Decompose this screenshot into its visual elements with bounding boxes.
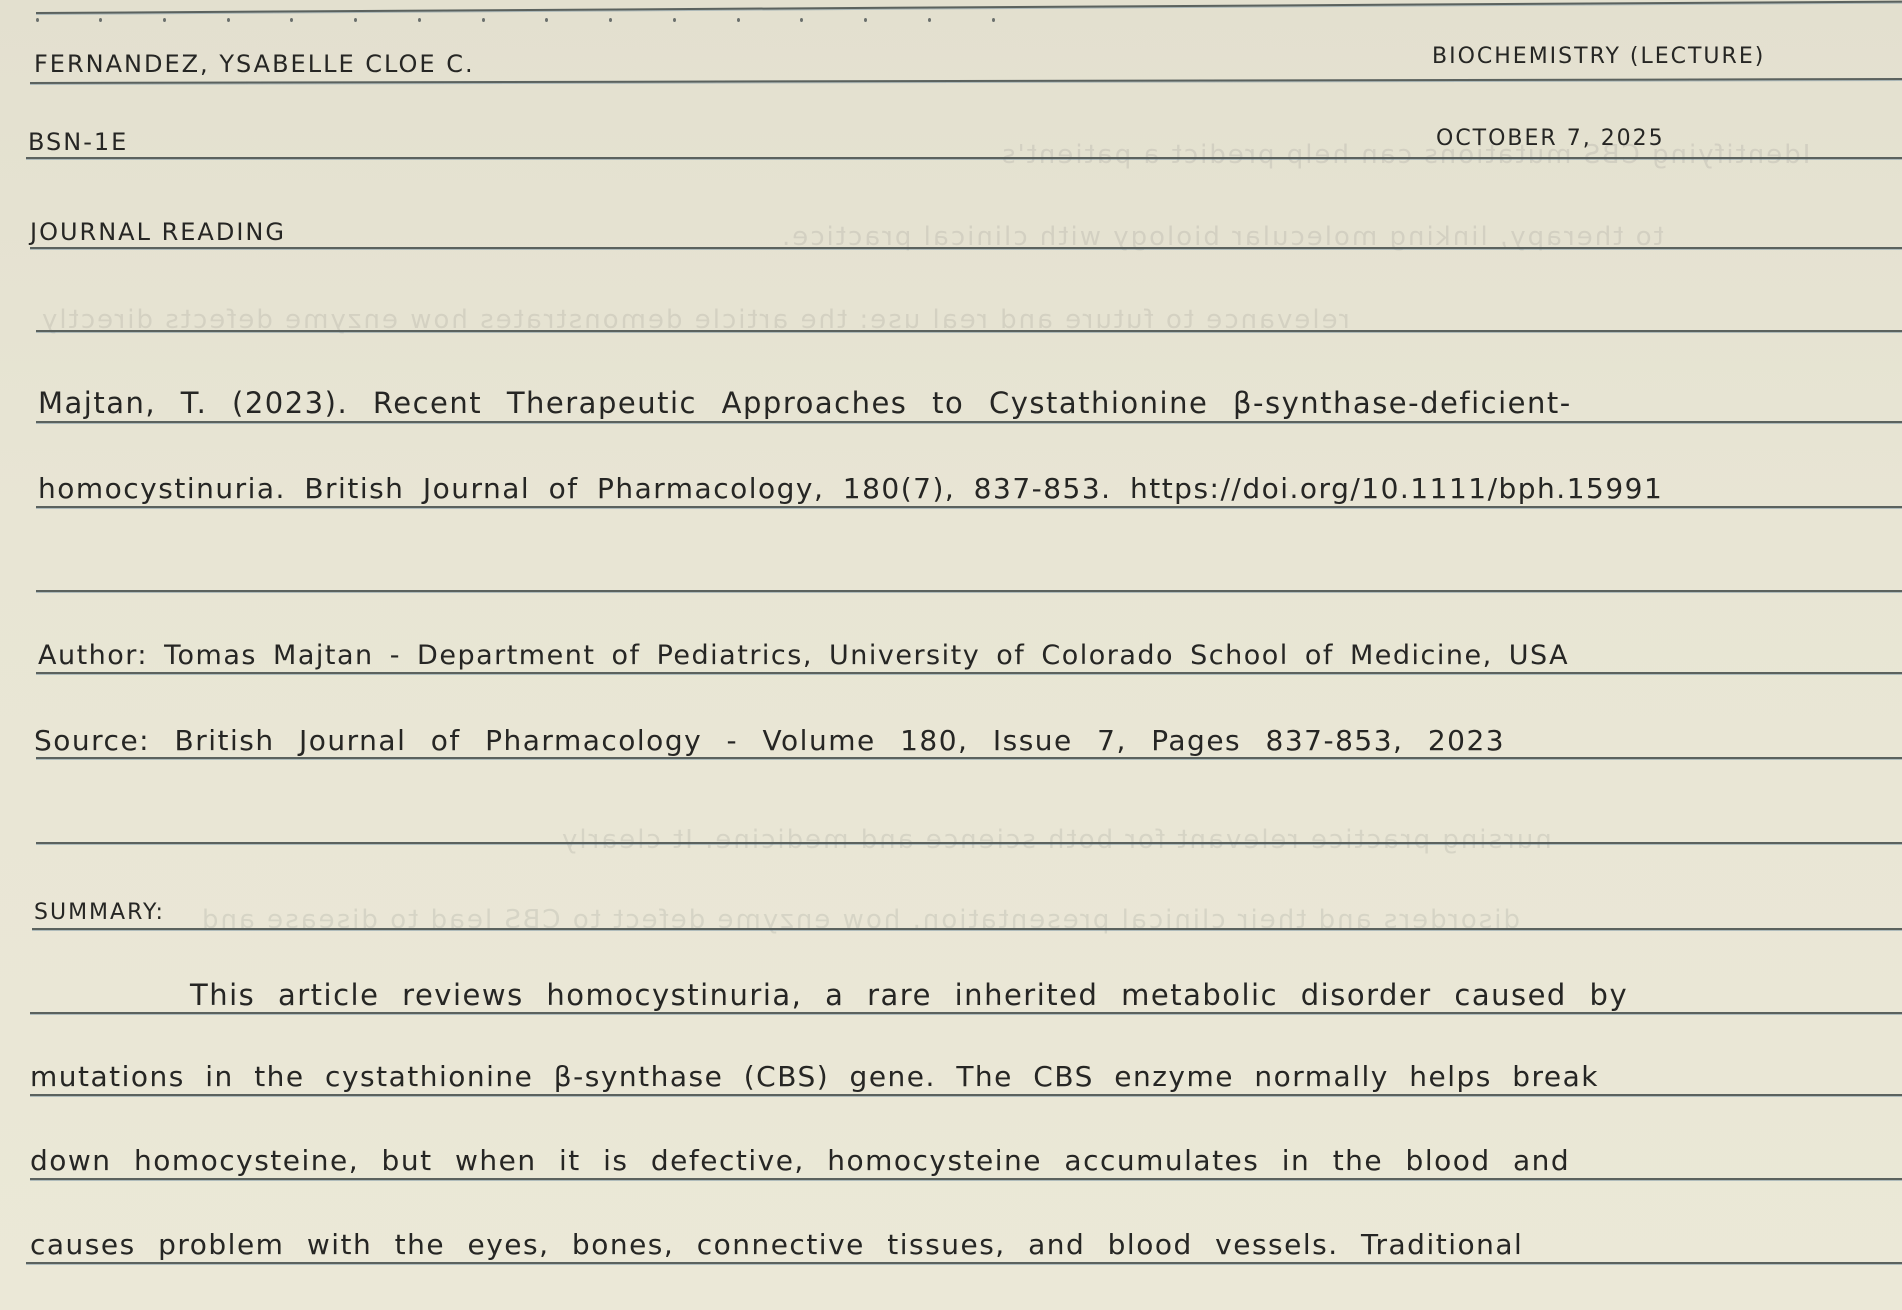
ruled-line [30,1178,1902,1180]
notebook-page: Identifying CBS mutations can help predi… [0,0,1902,1310]
author-label: Author: [38,640,148,671]
summary-line-4: causes problem with the eyes, bones, con… [30,1228,1523,1261]
summary-heading: SUMMARY: [34,900,165,925]
ruled-line [36,590,1902,592]
ruled-line [36,506,1902,508]
activity-title: JOURNAL READING [30,218,286,246]
top-margin-rule [36,1,1902,14]
ruled-line [32,928,1902,930]
student-name: FERNANDEZ, Ysabelle Cloe C. [34,50,475,78]
source-label: Source: [34,724,150,757]
ruled-line [30,1012,1902,1014]
ruled-line [26,1262,1902,1264]
citation-line-2: homocystinuria. British Journal of Pharm… [38,472,1663,505]
ruled-line [26,157,1902,159]
subject-title: BIOCHEMISTRY (LECTURE) [1432,44,1765,69]
summary-line-3: down homocysteine, but when it is defect… [30,1144,1570,1177]
date-label: OCTOBER 7, 2025 [1436,126,1665,151]
bleed-through-text: disorders and their clinical presentatio… [200,905,1520,935]
ruled-line [30,1094,1902,1096]
ruled-line [36,330,1902,332]
bleed-through-text: Identifying CBS mutations can help predi… [1000,140,1810,170]
ruled-line [36,421,1902,423]
citation-line-1: Majtan, T. (2023). Recent Therapeutic Ap… [38,386,1572,420]
source-value: British Journal of Pharmacology - Volume… [175,724,1506,757]
section-label: BSN-1E [28,128,128,156]
ruled-line [36,842,1902,844]
author-line: Author: Tomas Majtan - Department of Ped… [38,640,1569,671]
ruled-line [30,247,1902,249]
ruled-line [36,672,1902,674]
summary-line-2: mutations in the cystathionine β-synthas… [30,1060,1599,1093]
ruled-line [30,78,1902,84]
ruled-line [36,757,1902,759]
author-value: Tomas Majtan - Department of Pediatrics,… [164,640,1569,671]
source-line: Source: British Journal of Pharmacology … [34,724,1505,757]
summary-line-1: This article reviews homocystinuria, a r… [190,978,1628,1012]
bleed-through-text: nursing practice relevant for both scien… [560,825,1552,855]
